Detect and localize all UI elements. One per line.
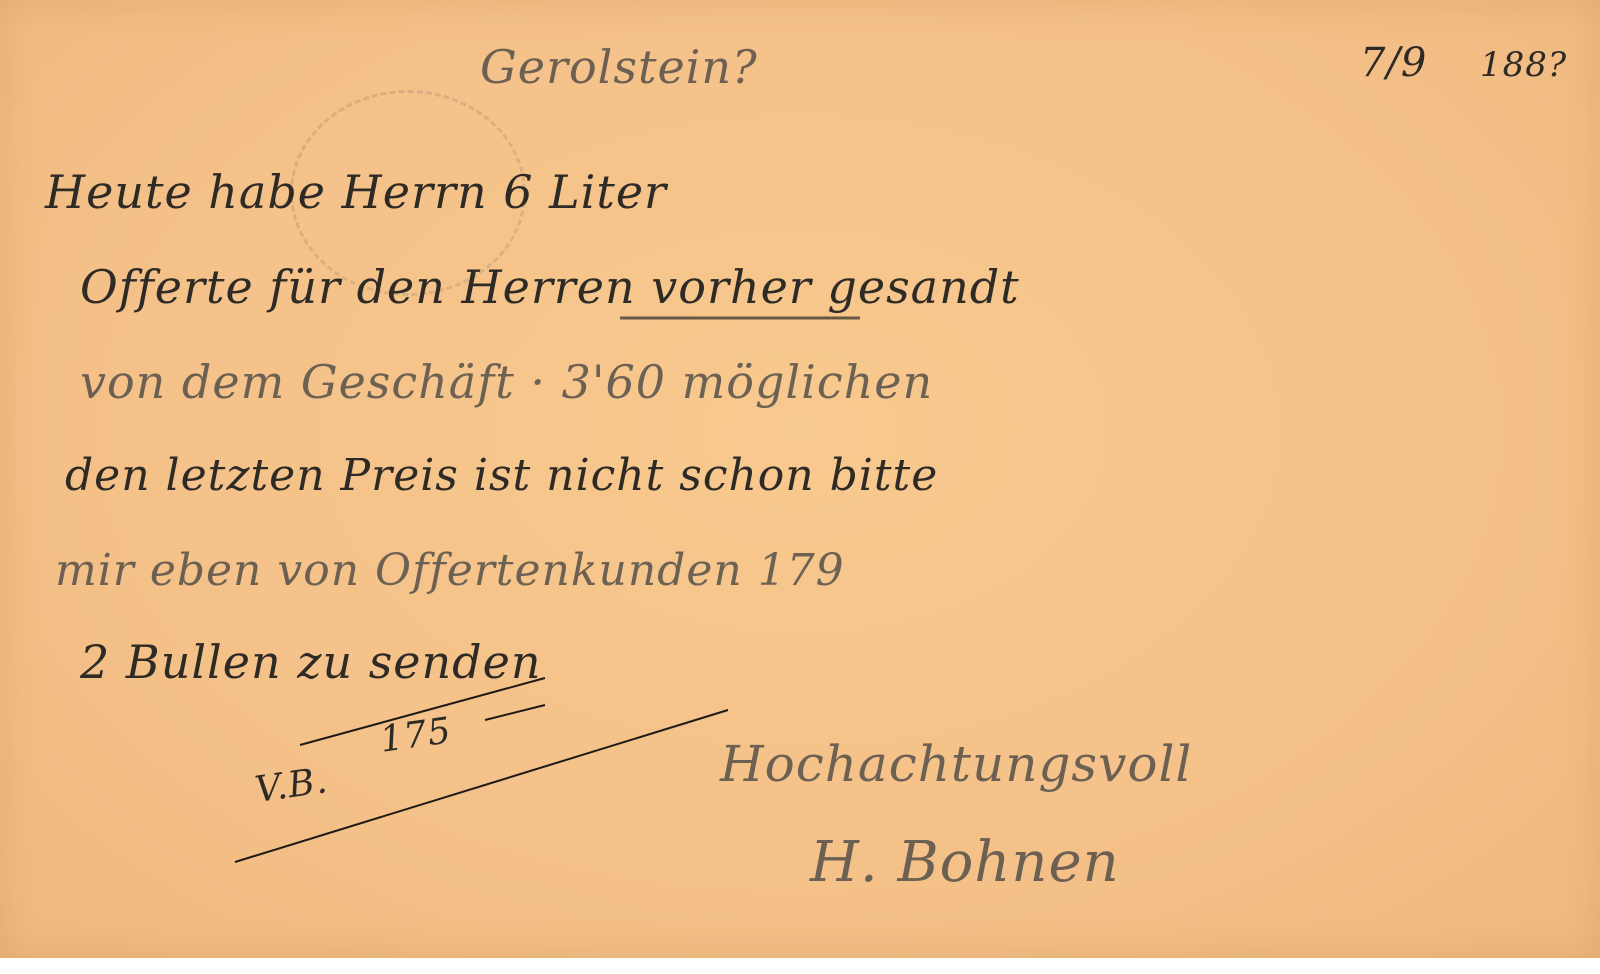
page-margin — [0, 958, 1600, 974]
postcard: Gerolstein? 7/9 188? Heute habe Herrn 6 … — [0, 0, 1600, 958]
pen-rules — [0, 0, 1600, 958]
